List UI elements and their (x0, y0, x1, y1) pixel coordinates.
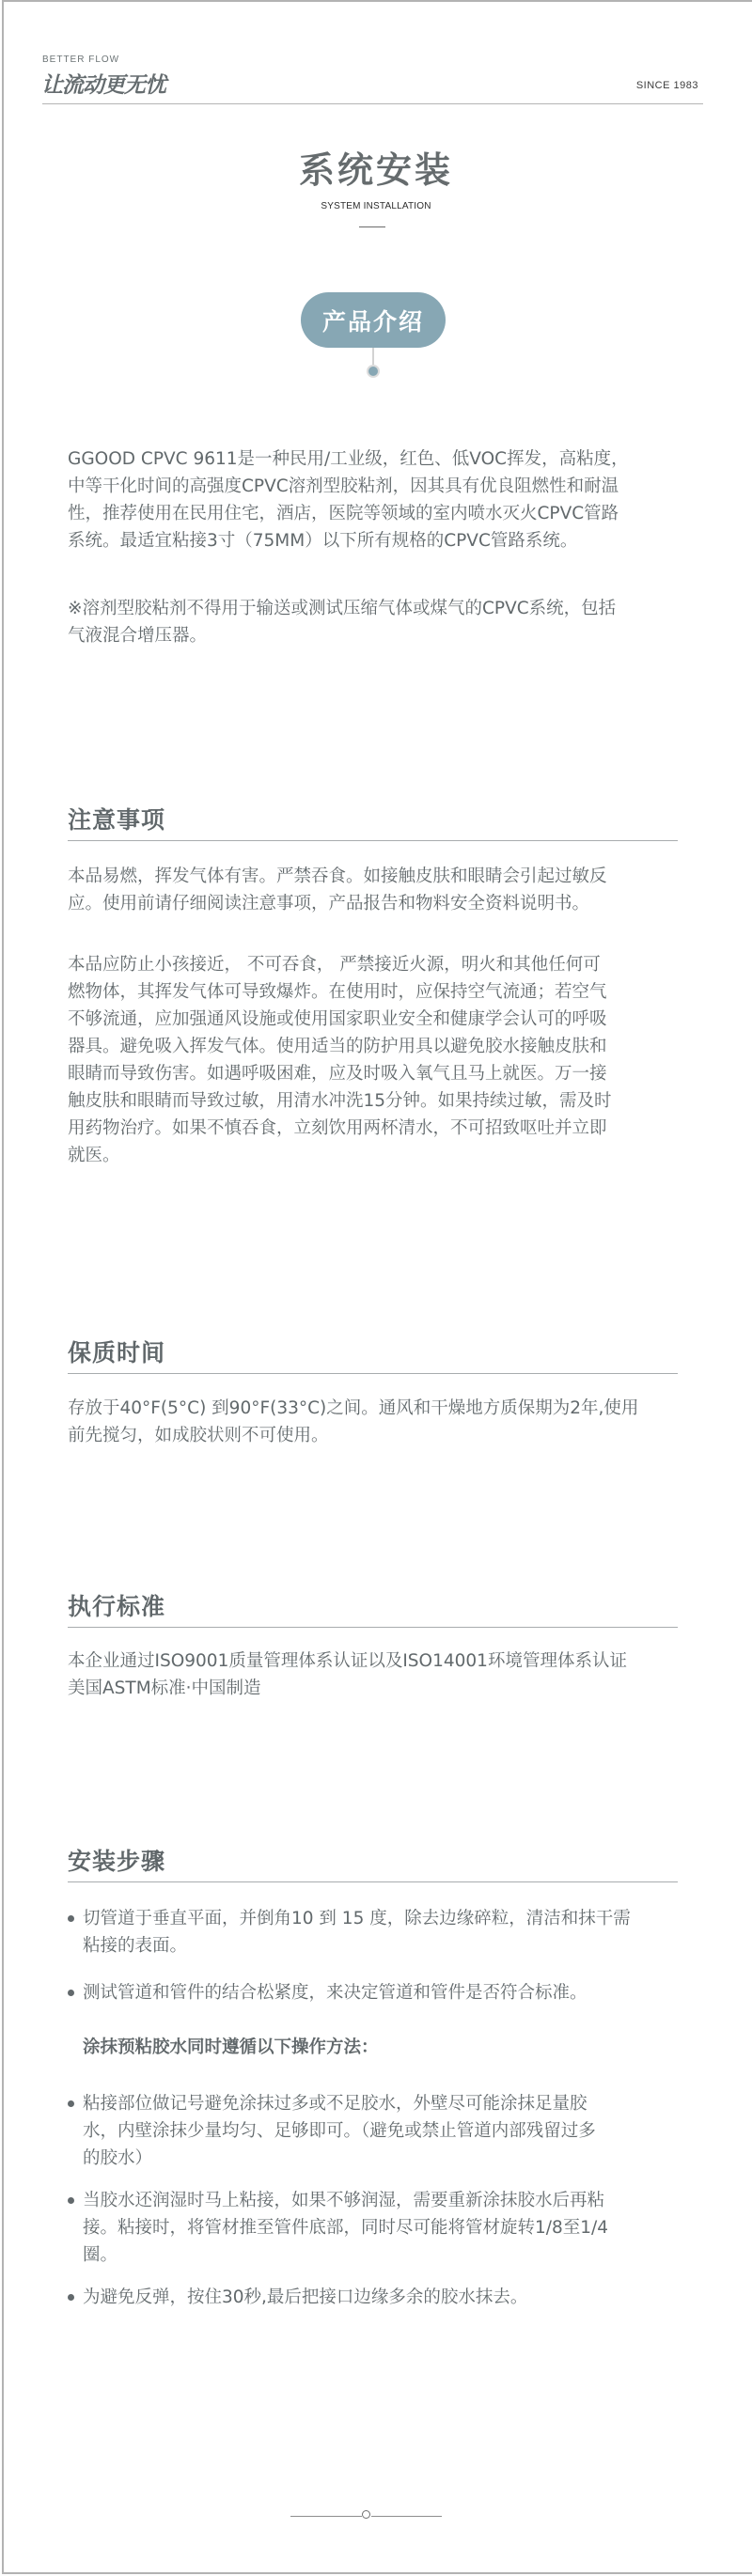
section-title-installation: 安装步骤 (68, 1843, 165, 1877)
glue-method-subheading: 涂抹预粘胶水同时遵循以下操作方法： (83, 2034, 379, 2058)
bullet-icon (68, 1915, 74, 1922)
text-line: 粘接的表面。 (83, 1932, 679, 1959)
text-line: 应。使用前请仔细阅读注意事项，产品报告和物料安全资料说明书。 (68, 890, 679, 917)
text-line: 本品易燃，挥发气体有害。严禁吞食。如接触皮肤和眼睛会引起过敏反 (68, 863, 679, 890)
brand-tagline-en: BETTER FLOW (42, 55, 119, 65)
text-line: 本品应防止小孩接近， 不可吞食， 严禁接近火源，明火和其他任何可 (68, 951, 679, 978)
text-line: 当胶水还润湿时马上粘接，如果不够润湿，需要重新涂抹胶水后再粘 (83, 2187, 679, 2214)
shelf-life-paragraph: 存放于40°F(5°C) 到90°F(33°C)之间。通风和干燥地方质保期为2年… (68, 1395, 679, 1449)
install-step-4: 当胶水还润湿时马上粘接，如果不够润湿，需要重新涂抹胶水后再粘 接。粘接时，将管材… (68, 2187, 679, 2269)
install-step-2: 测试管道和管件的结合松紧度，来决定管道和管件是否符合标准。 (68, 1979, 679, 2006)
product-intro-label: 产品介绍 (322, 304, 424, 337)
text-line: 接。粘接时，将管材推至管件底部，同时尽可能将管材旋转1/8至1/4 (83, 2214, 679, 2241)
bullet-icon (68, 2100, 74, 2107)
text-line: ※溶剂型胶粘剂不得用于输送或测试压缩气体或煤气的CPVC系统，包括 (68, 595, 679, 622)
install-step-3: 粘接部位做记号避免涂抹过多或不足胶水，外壁尽可能涂抹足量胶 水，内壁涂抹少量均匀… (68, 2090, 679, 2172)
text-line: 粘接部位做记号避免涂抹过多或不足胶水，外壁尽可能涂抹足量胶 (83, 2090, 679, 2117)
precautions-paragraph-1: 本品易燃，挥发气体有害。严禁吞食。如接触皮肤和眼睛会引起过敏反 应。使用前请仔细… (68, 863, 679, 917)
text-line: 系统。最适宜粘接3寸（75MM）以下所有规格的CPVC管路系统。 (68, 527, 679, 554)
bullet-icon (68, 2294, 74, 2301)
page-title: 系统安装 (0, 141, 752, 193)
text-line: 为避免反弹，按住30秒,最后把接口边缘多余的胶水抹去。 (83, 2284, 679, 2311)
text-line: 气液混合增压器。 (68, 622, 679, 649)
footer-divider-left (290, 2516, 362, 2517)
text-line: 切管道于垂直平面，并倒角10 到 15 度，除去边缘碎粒，清洁和抹干需 (83, 1905, 679, 1932)
text-line: 本企业通过ISO9001质量管理体系认证以及ISO14001环境管理体系认证 (68, 1647, 679, 1675)
brand-slogan-logo: 让流动更无忧 (41, 68, 165, 99)
text-line: 眼睛而导致伤害。如遇呼吸困难，应及时吸入氧气且马上就医。万一接 (68, 1060, 679, 1087)
text-line: 的胶水） (83, 2145, 679, 2172)
standards-paragraph: 本企业通过ISO9001质量管理体系认证以及ISO14001环境管理体系认证 美… (68, 1647, 679, 1702)
header-divider (42, 103, 703, 104)
title-underline (359, 226, 385, 227)
section-divider (68, 840, 678, 841)
text-line: 前先搅匀，如成胶状则不可使用。 (68, 1422, 679, 1449)
bullet-icon (68, 2197, 74, 2204)
install-step-1: 切管道于垂直平面，并倒角10 到 15 度，除去边缘碎粒，清洁和抹干需 粘接的表… (68, 1905, 679, 1959)
text-line: 美国ASTM标准·中国制造 (68, 1675, 679, 1702)
section-divider (68, 1881, 678, 1882)
page-subtitle: SYSTEM INSTALLATION (0, 201, 752, 211)
product-intro-badge: 产品介绍 (301, 292, 446, 348)
text-line: 存放于40°F(5°C) 到90°F(33°C)之间。通风和干燥地方质保期为2年… (68, 1395, 679, 1422)
bullet-icon (68, 1990, 74, 1996)
intro-note-paragraph: ※溶剂型胶粘剂不得用于输送或测试压缩气体或煤气的CPVC系统，包括 气液混合增压… (68, 595, 679, 649)
section-divider (68, 1373, 678, 1374)
text-line: 不够流通，应加强通风设施或使用国家职业安全和健康学会认可的呼吸 (68, 1006, 679, 1033)
text-line: GGOOD CPVC 9611是一种民用/工业级，红色、低VOC挥发，高粘度， (68, 445, 679, 473)
intro-paragraph: GGOOD CPVC 9611是一种民用/工业级，红色、低VOC挥发，高粘度， … (68, 445, 679, 554)
section-title-shelf-life: 保质时间 (68, 1335, 165, 1368)
text-line: 测试管道和管件的结合松紧度，来决定管道和管件是否符合标准。 (83, 1979, 679, 2006)
text-line: 燃物体，其挥发气体可导致爆炸。在使用时，应保持空气流通；若空气 (68, 978, 679, 1006)
footer-divider-right (371, 2516, 442, 2517)
text-line: 水，内壁涂抹少量均匀、足够即可。（避免或禁止管道内部残留过多 (83, 2117, 679, 2145)
text-line: 就医。 (68, 1142, 679, 1169)
since-label: SINCE 1983 (636, 80, 698, 91)
text-line: 触皮肤和眼睛而导致过敏，用清水冲洗15分钟。如果持续过敏，需及时 (68, 1087, 679, 1115)
section-title-standards: 执行标准 (68, 1588, 165, 1622)
badge-connector-dot-icon (367, 365, 380, 378)
text-line: 圈。 (83, 2241, 679, 2269)
text-line: 中等干化时间的高强度CPVC溶剂型胶粘剂，因其具有优良阻燃性和耐温 (68, 473, 679, 500)
section-title-precautions: 注意事项 (68, 802, 165, 835)
footer-circle-icon (362, 2510, 370, 2519)
text-line: 用药物治疗。如果不慎吞食，立刻饮用两杯清水，不可招致呕吐并立即 (68, 1115, 679, 1142)
text-line: 器具。避免吸入挥发气体。使用适当的防护用具以避免胶水接触皮肤和 (68, 1033, 679, 1060)
text-line: 性，推荐使用在民用住宅，酒店，医院等领域的室内喷水灭火CPVC管路 (68, 500, 679, 527)
install-step-5: 为避免反弹，按住30秒,最后把接口边缘多余的胶水抹去。 (68, 2284, 679, 2311)
section-divider (68, 1627, 678, 1628)
precautions-paragraph-2: 本品应防止小孩接近， 不可吞食， 严禁接近火源，明火和其他任何可 燃物体，其挥发… (68, 951, 679, 1169)
